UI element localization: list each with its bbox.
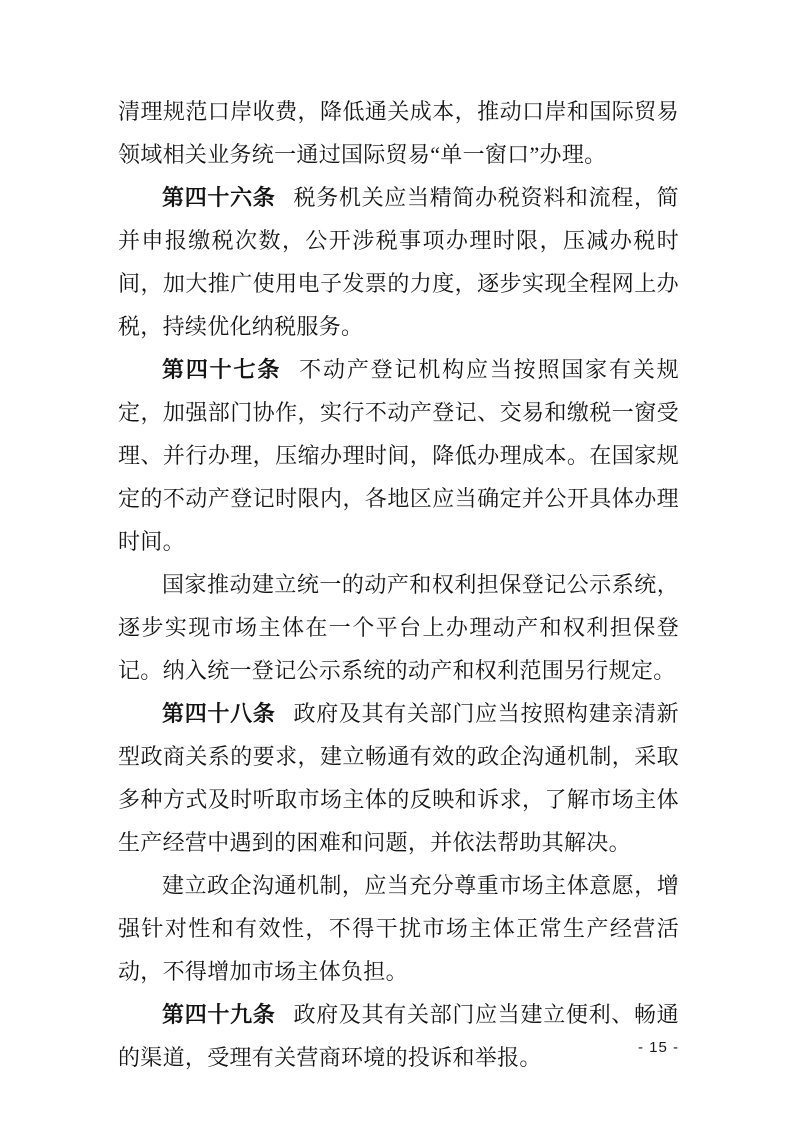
paragraph-text: 国家推动建立统一的动产和权利担保登记公示系统，逐步实现市场主体在一个平台上办理动…: [118, 572, 679, 683]
article-number: 第四十六条: [162, 185, 276, 210]
paragraph: 第四十八条政府及其有关部门应当按照构建亲清新型政商关系的要求，建立畅通有效的政企…: [118, 692, 679, 864]
paragraph-text: 建立政企沟通机制，应当充分尊重市场主体意愿，增强针对性和有效性，不得干扰市场主体…: [118, 873, 679, 984]
document-body: 清理规范口岸收费，降低通关成本，推动口岸和国际贸易领域相关业务统一通过国际贸易“…: [118, 90, 679, 1079]
paragraph-text: 不动产登记机构应当按照国家有关规定，加强部门协作，实行不动产登记、交易和缴税一窗…: [118, 357, 679, 554]
paragraph: 第四十七条不动产登记机构应当按照国家有关规定，加强部门协作，实行不动产登记、交易…: [118, 348, 679, 563]
paragraph: 国家推动建立统一的动产和权利担保登记公示系统，逐步实现市场主体在一个平台上办理动…: [118, 563, 679, 692]
paragraph: 清理规范口岸收费，降低通关成本，推动口岸和国际贸易领域相关业务统一通过国际贸易“…: [118, 90, 679, 176]
paragraph: 建立政企沟通机制，应当充分尊重市场主体意愿，增强针对性和有效性，不得干扰市场主体…: [118, 864, 679, 993]
article-number: 第四十九条: [162, 1002, 276, 1027]
paragraph: 第四十九条政府及其有关部门应当建立便利、畅通的渠道，受理有关营商环境的投诉和举报…: [118, 993, 679, 1079]
paragraph: 第四十六条税务机关应当精简办税资料和流程，简并申报缴税次数，公开涉税事项办理时限…: [118, 176, 679, 348]
paragraph-text: 清理规范口岸收费，降低通关成本，推动口岸和国际贸易领域相关业务统一通过国际贸易“…: [118, 99, 679, 167]
page-number: - 15 -: [638, 1038, 679, 1058]
article-number: 第四十八条: [162, 701, 276, 726]
document-page: 清理规范口岸收费，降低通关成本，推动口岸和国际贸易领域相关业务统一通过国际贸易“…: [0, 0, 793, 1122]
article-number: 第四十七条: [162, 357, 281, 382]
